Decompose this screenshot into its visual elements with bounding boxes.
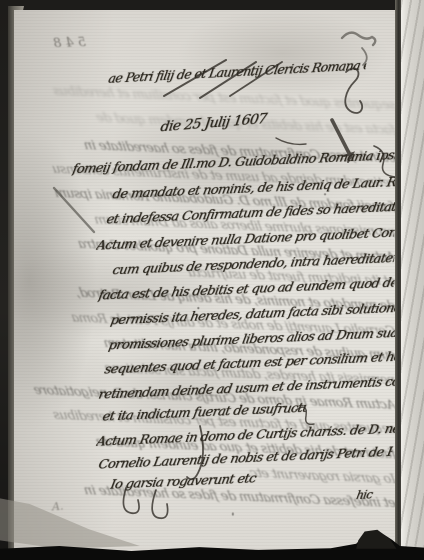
ink-flourishes [14, 10, 398, 552]
adjacent-page-edge [401, 0, 424, 560]
manuscript-page: sequentes quod et factum est per consili… [14, 10, 398, 552]
manuscript-scan: sequentes quod et factum est per consili… [0, 0, 424, 560]
